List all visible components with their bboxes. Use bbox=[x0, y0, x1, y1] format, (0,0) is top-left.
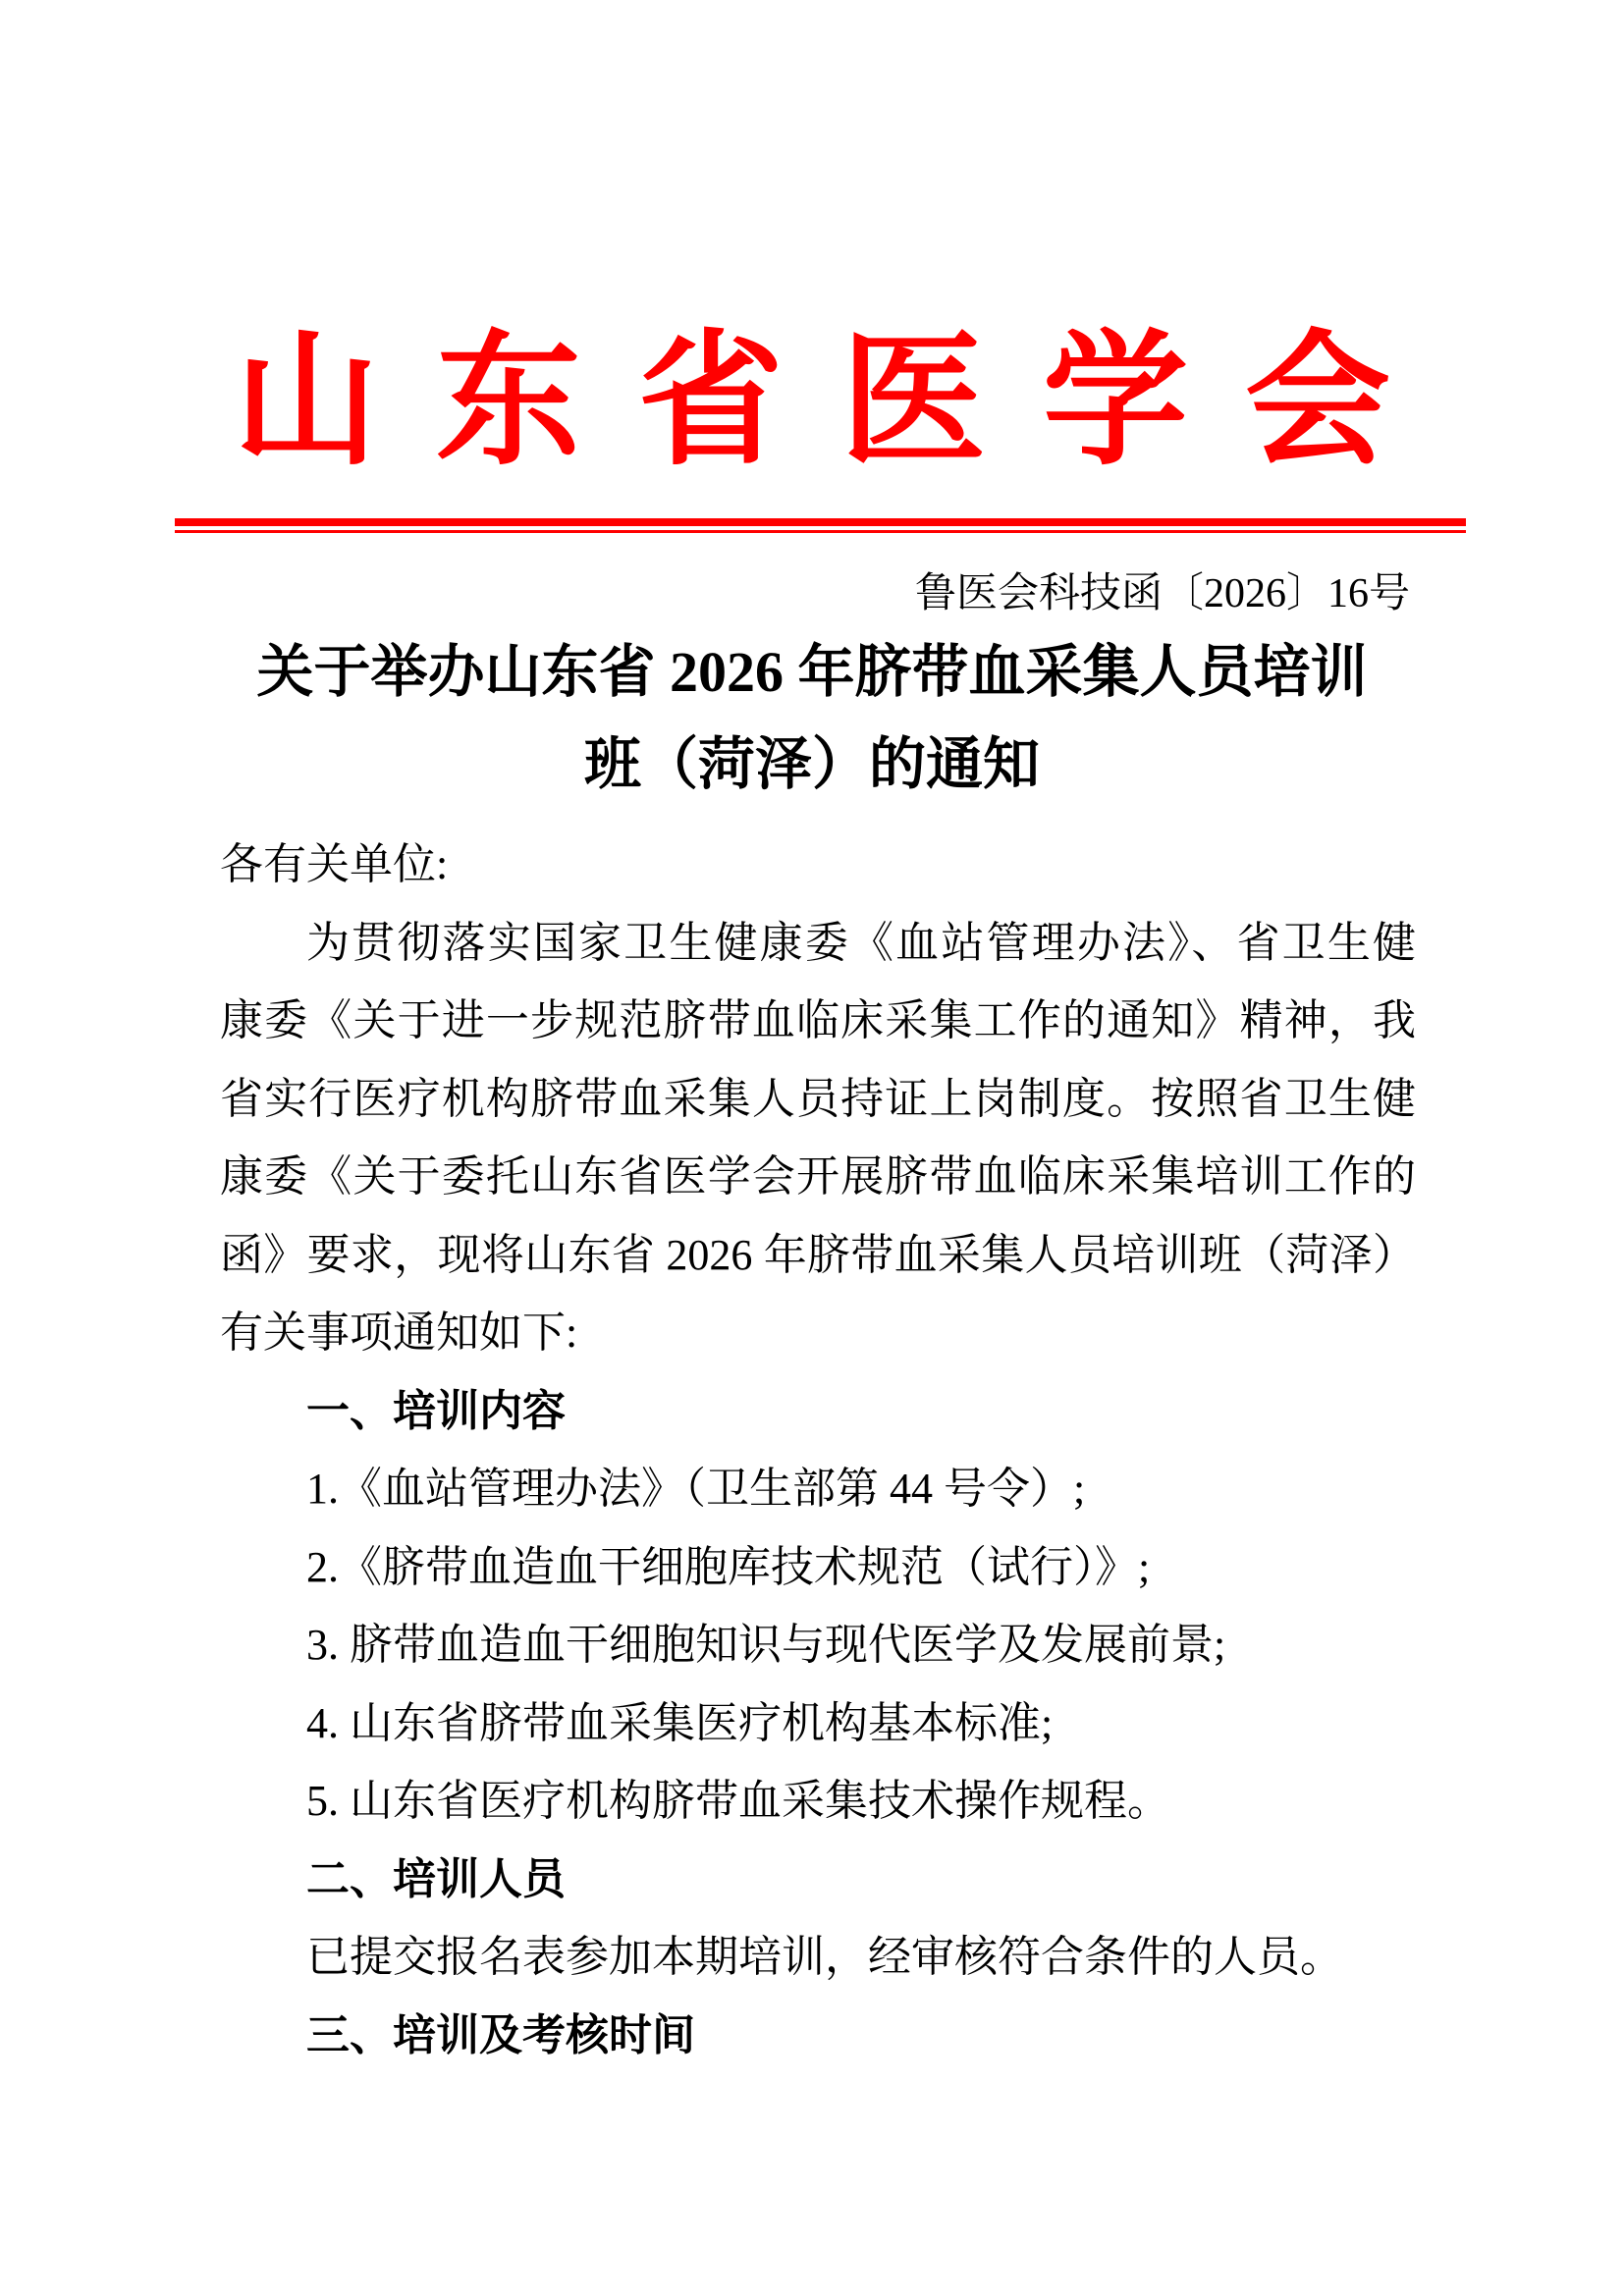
section-heading-training-content: 一、培训内容 bbox=[220, 1372, 1416, 1451]
notice-title-line-2: 班（菏泽）的通知 bbox=[0, 719, 1624, 811]
list-item-1: 1.《血站管理办法》（卫生部第 44 号令）; bbox=[220, 1450, 1416, 1528]
list-item-3: 3. 脐带血造血干细胞知识与现代医学及发展前景; bbox=[220, 1606, 1416, 1684]
doc-reference-number: 鲁医会科技函〔2026〕16号 bbox=[915, 569, 1410, 618]
notice-title: 关于举办山东省 2026 年脐带血采集人员培训 班（菏泽）的通知 bbox=[0, 626, 1624, 811]
paragraph-line: 已提交报名表参加本期培训，经审核符合条件的人员。 bbox=[220, 1918, 1416, 1997]
list-item-4: 4. 山东省脐带血采集医疗机构基本标准; bbox=[220, 1684, 1416, 1763]
section-heading-schedule: 三、培训及考核时间 bbox=[220, 1997, 1416, 2075]
paragraph-line: 为贯彻落实国家卫生健康委《血站管理办法》、省卫生健 bbox=[220, 904, 1416, 983]
paragraph-line: 康委《关于进一步规范脐带血临床采集工作的通知》精神，我 bbox=[220, 982, 1416, 1060]
list-item-5: 5. 山东省医疗机构脐带血采集技术操作规程。 bbox=[220, 1762, 1416, 1841]
paragraph-line: 函》要求，现将山东省 2026 年脐带血采集人员培训班（菏泽） bbox=[220, 1216, 1416, 1295]
paragraph-line: 有关事项通知如下: bbox=[220, 1294, 1416, 1372]
section-heading-trainees: 二、培训人员 bbox=[220, 1841, 1416, 1919]
paragraph-line: 康委《关于委托山东省医学会开展脐带血临床采集培训工作的 bbox=[220, 1138, 1416, 1216]
org-name-masthead: 山东省医学会 bbox=[0, 330, 1624, 475]
salutation: 各有关单位: bbox=[220, 826, 1416, 904]
paragraph-line: 省实行医疗机构脐带血采集人员持证上岗制度。按照省卫生健 bbox=[220, 1060, 1416, 1139]
red-divider-line bbox=[175, 518, 1466, 533]
notice-title-line-1: 关于举办山东省 2026 年脐带血采集人员培训 bbox=[0, 626, 1624, 719]
list-item-2: 2.《脐带血造血干细胞库技术规范（试行）》; bbox=[220, 1528, 1416, 1607]
document-page: 山东省医学会 鲁医会科技函〔2026〕16号 关于举办山东省 2026 年脐带血… bbox=[0, 0, 1624, 2296]
notice-body: 各有关单位: 为贯彻落实国家卫生健康委《血站管理办法》、省卫生健 康委《关于进一… bbox=[220, 826, 1416, 2074]
